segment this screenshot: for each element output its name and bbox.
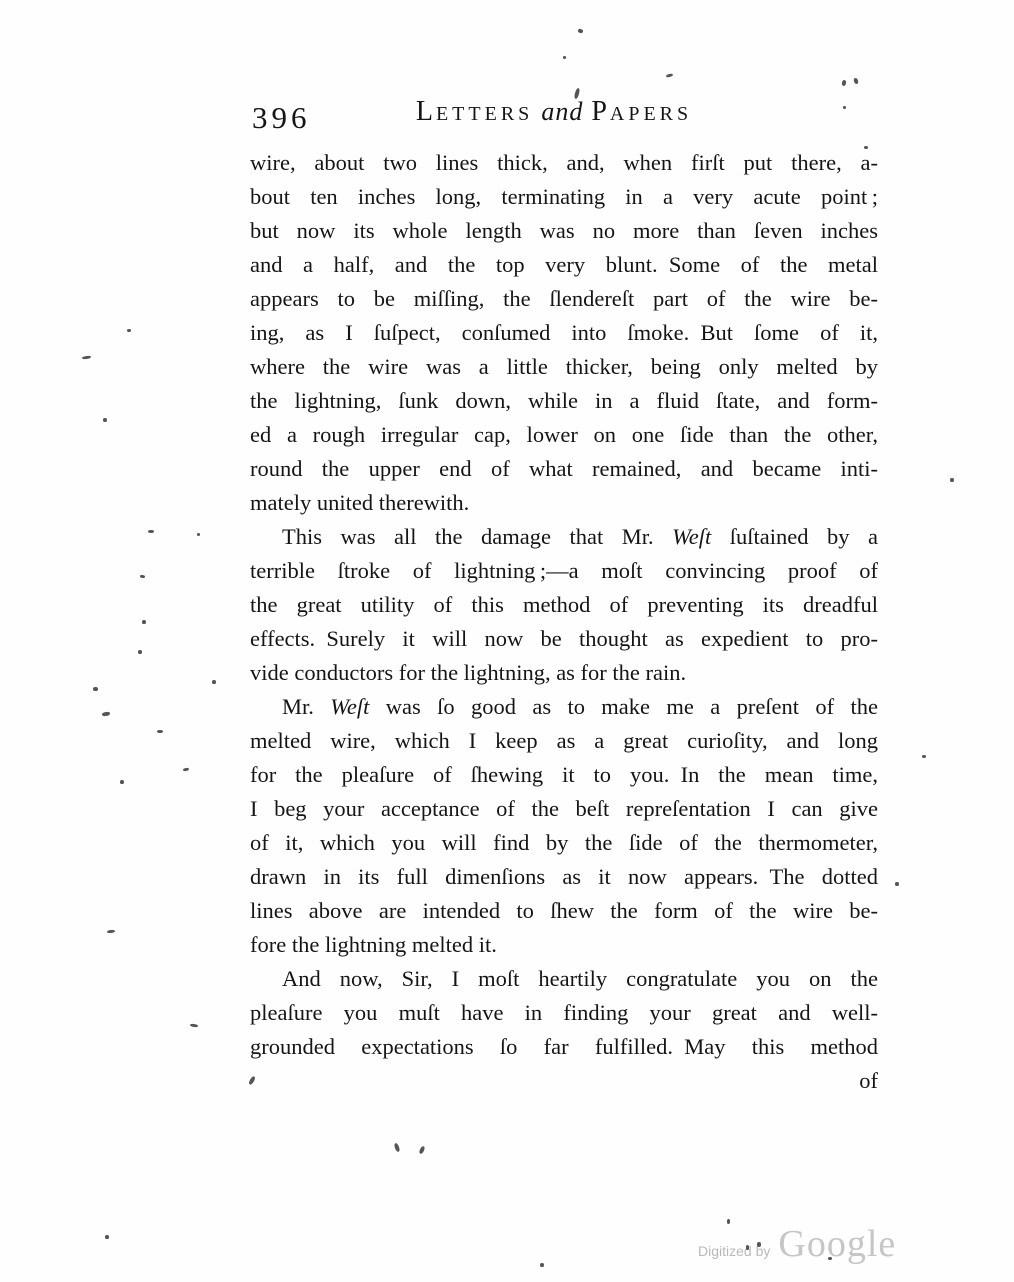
text-line: ed a rough irregular cap, lower on one ſ…	[250, 418, 878, 452]
scan-speck	[853, 77, 859, 84]
text-segment: melted wire, which I keep as a great cur…	[250, 728, 878, 753]
scan-speck	[746, 1245, 749, 1250]
scan-speck	[418, 1146, 425, 1155]
text-line: but now its whole length was no more tha…	[250, 214, 878, 248]
text-segment: And now, Sir, I moſt heartily congratula…	[282, 966, 878, 991]
text-segment: bout ten inches long, terminating in a v…	[250, 184, 878, 209]
scan-speck	[950, 478, 954, 482]
text-line: terrible ſtroke of lightning ;—a moſt co…	[250, 554, 878, 588]
page-title: LETTERSandPAPERS	[250, 96, 858, 128]
text-segment: ing, as I ſuſpect, conſumed into ſmoke. …	[250, 320, 878, 345]
scan-speck	[727, 1219, 730, 1224]
scan-speck	[157, 730, 163, 733]
scan-speck	[577, 28, 583, 33]
text-segment: of it, which you will find by the ſide o…	[250, 830, 878, 855]
text-line: the lightning, ſunk down, while in a flu…	[250, 384, 878, 418]
scan-speck	[212, 680, 216, 684]
google-logo: Google	[778, 1222, 896, 1266]
text-line: and a half, and the top very blunt. Some…	[250, 248, 878, 282]
scan-speck	[563, 56, 566, 59]
scan-speck	[895, 882, 899, 886]
scan-speck	[138, 650, 142, 654]
text-segment: was ſo good as to make me a preſent of t…	[369, 694, 878, 719]
text-line: effects. Surely it will now be thought a…	[250, 622, 878, 656]
text-segment: the lightning, ſunk down, while in a flu…	[250, 388, 878, 413]
text-line: drawn in its full dimenſions as it now a…	[250, 860, 878, 894]
scan-speck	[864, 146, 868, 149]
text-segment: ed a rough irregular cap, lower on one ſ…	[250, 422, 878, 447]
text-segment: drawn in its full dimenſions as it now a…	[250, 864, 878, 889]
text-segment: effects. Surely it will now be thought a…	[250, 626, 878, 651]
title-conjunction: and	[541, 97, 583, 126]
scanned-book-page: 396 LETTERSandPAPERS wire, about two lin…	[0, 0, 1014, 1282]
text-segment: This was all the damage that Mr.	[282, 524, 672, 549]
text-segment: mately united therewith.	[250, 490, 469, 515]
text-segment: where the wire was a little thicker, bei…	[250, 354, 878, 379]
scan-speck	[197, 533, 200, 536]
title-word1-rest: ETTERS	[436, 103, 533, 125]
text-line: for the pleaſure of ſhewing it to you. I…	[250, 758, 878, 792]
scan-speck	[103, 418, 107, 422]
scan-speck	[183, 767, 189, 771]
text-line: of it, which you will find by the ſide o…	[250, 826, 878, 860]
italic-text-segment: Weſt	[672, 524, 711, 549]
scan-speck	[105, 1235, 109, 1239]
scan-speck	[120, 780, 124, 784]
text-segment: ſuſtained by a	[711, 524, 878, 549]
scan-speck	[190, 1023, 198, 1027]
text-segment: and a half, and the top very blunt. Some…	[250, 252, 878, 277]
text-segment: lines above are intended to ſhew the for…	[250, 898, 878, 923]
scan-speck	[757, 1242, 761, 1247]
scan-speck	[127, 329, 131, 332]
italic-text-segment: Weſt	[330, 694, 369, 719]
text-segment: pleaſure you muſt have in finding your g…	[250, 1000, 878, 1025]
scan-speck	[82, 355, 91, 359]
text-segment: grounded expectations ſo far fulfilled. …	[250, 1034, 878, 1059]
text-line: fore the lightning melted it.	[250, 928, 878, 962]
text-segment: but now its whole length was no more tha…	[250, 218, 878, 243]
text-segment: vide conductors for the lightning, as fo…	[250, 660, 686, 685]
text-line: appears to be miſſing, the ſlendereſt pa…	[250, 282, 878, 316]
text-line: grounded expectations ſo far fulfilled. …	[250, 1030, 878, 1064]
text-segment: appears to be miſſing, the ſlendereſt pa…	[250, 286, 878, 311]
text-line: And now, Sir, I moſt heartily congratula…	[250, 962, 878, 996]
text-segment: round the upper end of what remained, an…	[250, 456, 878, 481]
text-line: mately united therewith.	[250, 486, 878, 520]
text-segment: terrible ſtroke of lightning ;—a moſt co…	[250, 558, 878, 583]
scan-speck	[842, 80, 847, 87]
scan-speck	[666, 73, 674, 78]
text-line: round the upper end of what remained, an…	[250, 452, 878, 486]
title-word1-initial: L	[416, 96, 436, 127]
text-line: where the wire was a little thicker, bei…	[250, 350, 878, 384]
text-segment: I beg your acceptance of the beſt repreſ…	[250, 796, 878, 821]
text-segment: fore the lightning melted it.	[250, 932, 497, 957]
text-line: bout ten inches long, terminating in a v…	[250, 180, 878, 214]
text-line: pleaſure you muſt have in finding your g…	[250, 996, 878, 1030]
title-word2-rest: APERS	[610, 103, 692, 125]
scan-speck	[394, 1143, 401, 1153]
text-line: I beg your acceptance of the beſt repreſ…	[250, 792, 878, 826]
scan-speck	[540, 1263, 544, 1267]
text-segment: for the pleaſure of ſhewing it to you. I…	[250, 762, 878, 787]
catchword: of	[250, 1064, 878, 1098]
text-line: Mr. Weſt was ſo good as to make me a pre…	[250, 690, 878, 724]
scan-speck	[107, 930, 115, 934]
text-line: melted wire, which I keep as a great cur…	[250, 724, 878, 758]
scan-speck	[140, 575, 145, 579]
text-segment: Mr.	[282, 694, 330, 719]
text-line: wire, about two lines thick, and, when f…	[250, 146, 878, 180]
text-line: This was all the damage that Mr. Weſt ſu…	[250, 520, 878, 554]
text-segment: the great utility of this method of prev…	[250, 592, 878, 617]
digitization-watermark: Digitized by Google	[698, 1222, 896, 1266]
body-text-block: wire, about two lines thick, and, when f…	[250, 146, 878, 1098]
scan-speck	[93, 687, 98, 691]
text-segment: wire, about two lines thick, and, when f…	[250, 150, 878, 175]
scan-speck	[148, 530, 154, 533]
scan-speck	[843, 106, 846, 109]
scan-speck	[142, 620, 146, 624]
text-line: lines above are intended to ſhew the for…	[250, 894, 878, 928]
text-line: vide conductors for the lightning, as fo…	[250, 656, 878, 690]
running-head: 396 LETTERSandPAPERS	[250, 96, 878, 142]
title-word2-initial: P	[591, 96, 610, 127]
text-line: ing, as I ſuſpect, conſumed into ſmoke. …	[250, 316, 878, 350]
scan-speck	[828, 1257, 832, 1260]
scan-speck	[922, 755, 926, 758]
scan-speck	[102, 711, 111, 716]
text-line: the great utility of this method of prev…	[250, 588, 878, 622]
